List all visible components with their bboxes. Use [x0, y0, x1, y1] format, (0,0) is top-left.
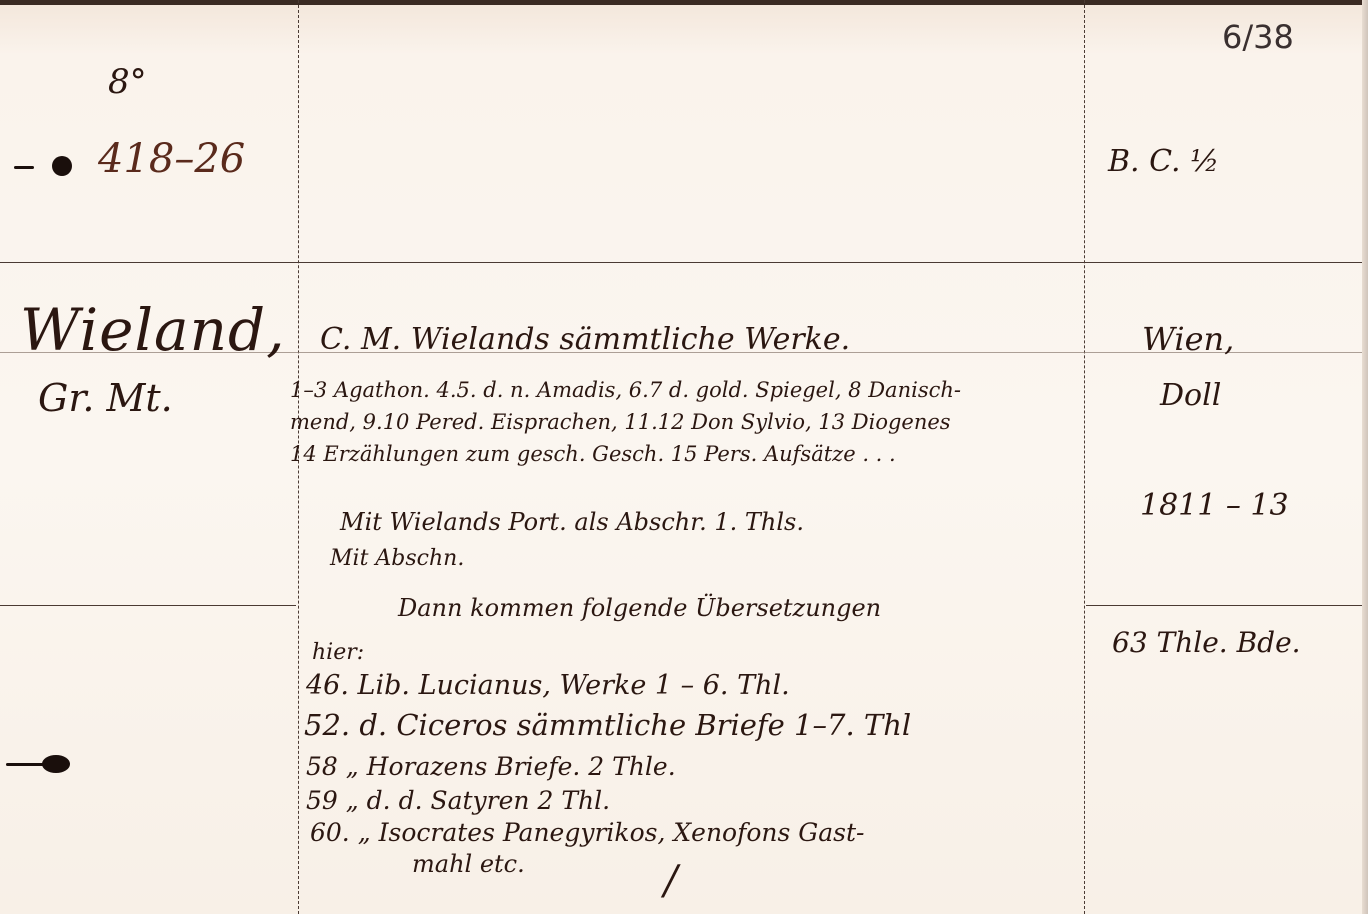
row-divider-right-bottom — [1086, 605, 1362, 606]
list-item: 60. „ Isocrates Panegyrikos, Xenofons Ga… — [310, 818, 864, 847]
volume-text: Isocrates Panegyrikos, Xenofons Gast- — [379, 818, 865, 847]
volume-prefix: Lib. — [358, 670, 410, 701]
format-label: 8° — [108, 62, 147, 102]
volume-number: 52. — [304, 708, 350, 742]
volume-text: Horazens Briefe. 2 Thle. — [367, 752, 676, 781]
volume-prefix: d. — [359, 708, 387, 742]
imprint-volumes: 63 Thle. Bde. — [1112, 626, 1301, 659]
volume-text: d. d. Satyren 2 Thl. — [367, 786, 610, 815]
contents-line-3: 14 Erzählungen zum gesch. Gesch. 15 Pers… — [290, 442, 896, 466]
imprint-publisher: Doll — [1160, 378, 1221, 413]
row-divider-top — [0, 262, 1362, 263]
author-name: Wieland, — [20, 296, 286, 364]
list-item: 59 „ d. d. Satyren 2 Thl. — [306, 786, 610, 815]
imprint-place: Wien, — [1142, 320, 1234, 358]
volume-prefix: „ — [346, 786, 359, 815]
card-top-edge — [0, 0, 1368, 5]
list-item: mahl etc. — [412, 850, 525, 878]
followup-intro-cont: hier: — [312, 640, 364, 665]
volume-text: Ciceros sämmtliche Briefe 1–7. Thl — [396, 708, 911, 742]
volume-prefix: „ — [358, 818, 371, 847]
note-line-2: Mit Abschn. — [330, 546, 464, 571]
volume-prefix: „ — [346, 752, 359, 781]
shelf-number-range: 418–26 — [98, 136, 245, 182]
work-title: C. M. Wielands sämmtliche Werke. — [320, 322, 850, 357]
volume-number: 46. — [306, 670, 349, 701]
catalog-card: 8° 418–26 6/38 B. C. ½ Wieland, Gr. Mt. … — [0, 0, 1368, 914]
punch-hole-bottom — [42, 755, 70, 773]
note-line-1: Mit Wielands Port. als Abschr. 1. Thls. — [340, 508, 804, 536]
card-right-edge — [1362, 0, 1368, 914]
volume-text: mahl etc. — [412, 850, 525, 878]
author-qualifier: Gr. Mt. — [38, 376, 173, 420]
volume-number: 58 — [306, 752, 338, 781]
punch-mark-dash-bottom — [6, 763, 46, 766]
punch-mark-dash-top — [14, 166, 34, 169]
volume-number: 60. — [310, 818, 350, 847]
row-divider-left-bottom — [0, 605, 296, 606]
list-item: 46. Lib. Lucianus, Werke 1 – 6. Thl. — [306, 670, 790, 701]
contents-line-2: mend, 9.10 Pered. Eisprachen, 11.12 Don … — [290, 410, 951, 434]
punch-hole-top — [52, 156, 72, 176]
contents-line-1: 1–3 Agathon. 4.5. d. n. Amadis, 6.7 d. g… — [290, 378, 961, 402]
closing-mark: / — [664, 858, 677, 904]
page-reference: 6/38 — [1222, 18, 1294, 56]
column-divider-right — [1084, 0, 1085, 914]
list-item: 52. d. Ciceros sämmtliche Briefe 1–7. Th… — [304, 708, 911, 742]
volume-text: Lucianus, Werke 1 – 6. Thl. — [419, 670, 790, 701]
followup-intro: Dann kommen folgende Übersetzungen — [398, 594, 881, 622]
list-item: 58 „ Horazens Briefe. 2 Thle. — [306, 752, 676, 781]
location-code: B. C. ½ — [1108, 144, 1219, 179]
volume-number: 59 — [306, 786, 338, 815]
imprint-years: 1811 – 13 — [1140, 488, 1289, 523]
